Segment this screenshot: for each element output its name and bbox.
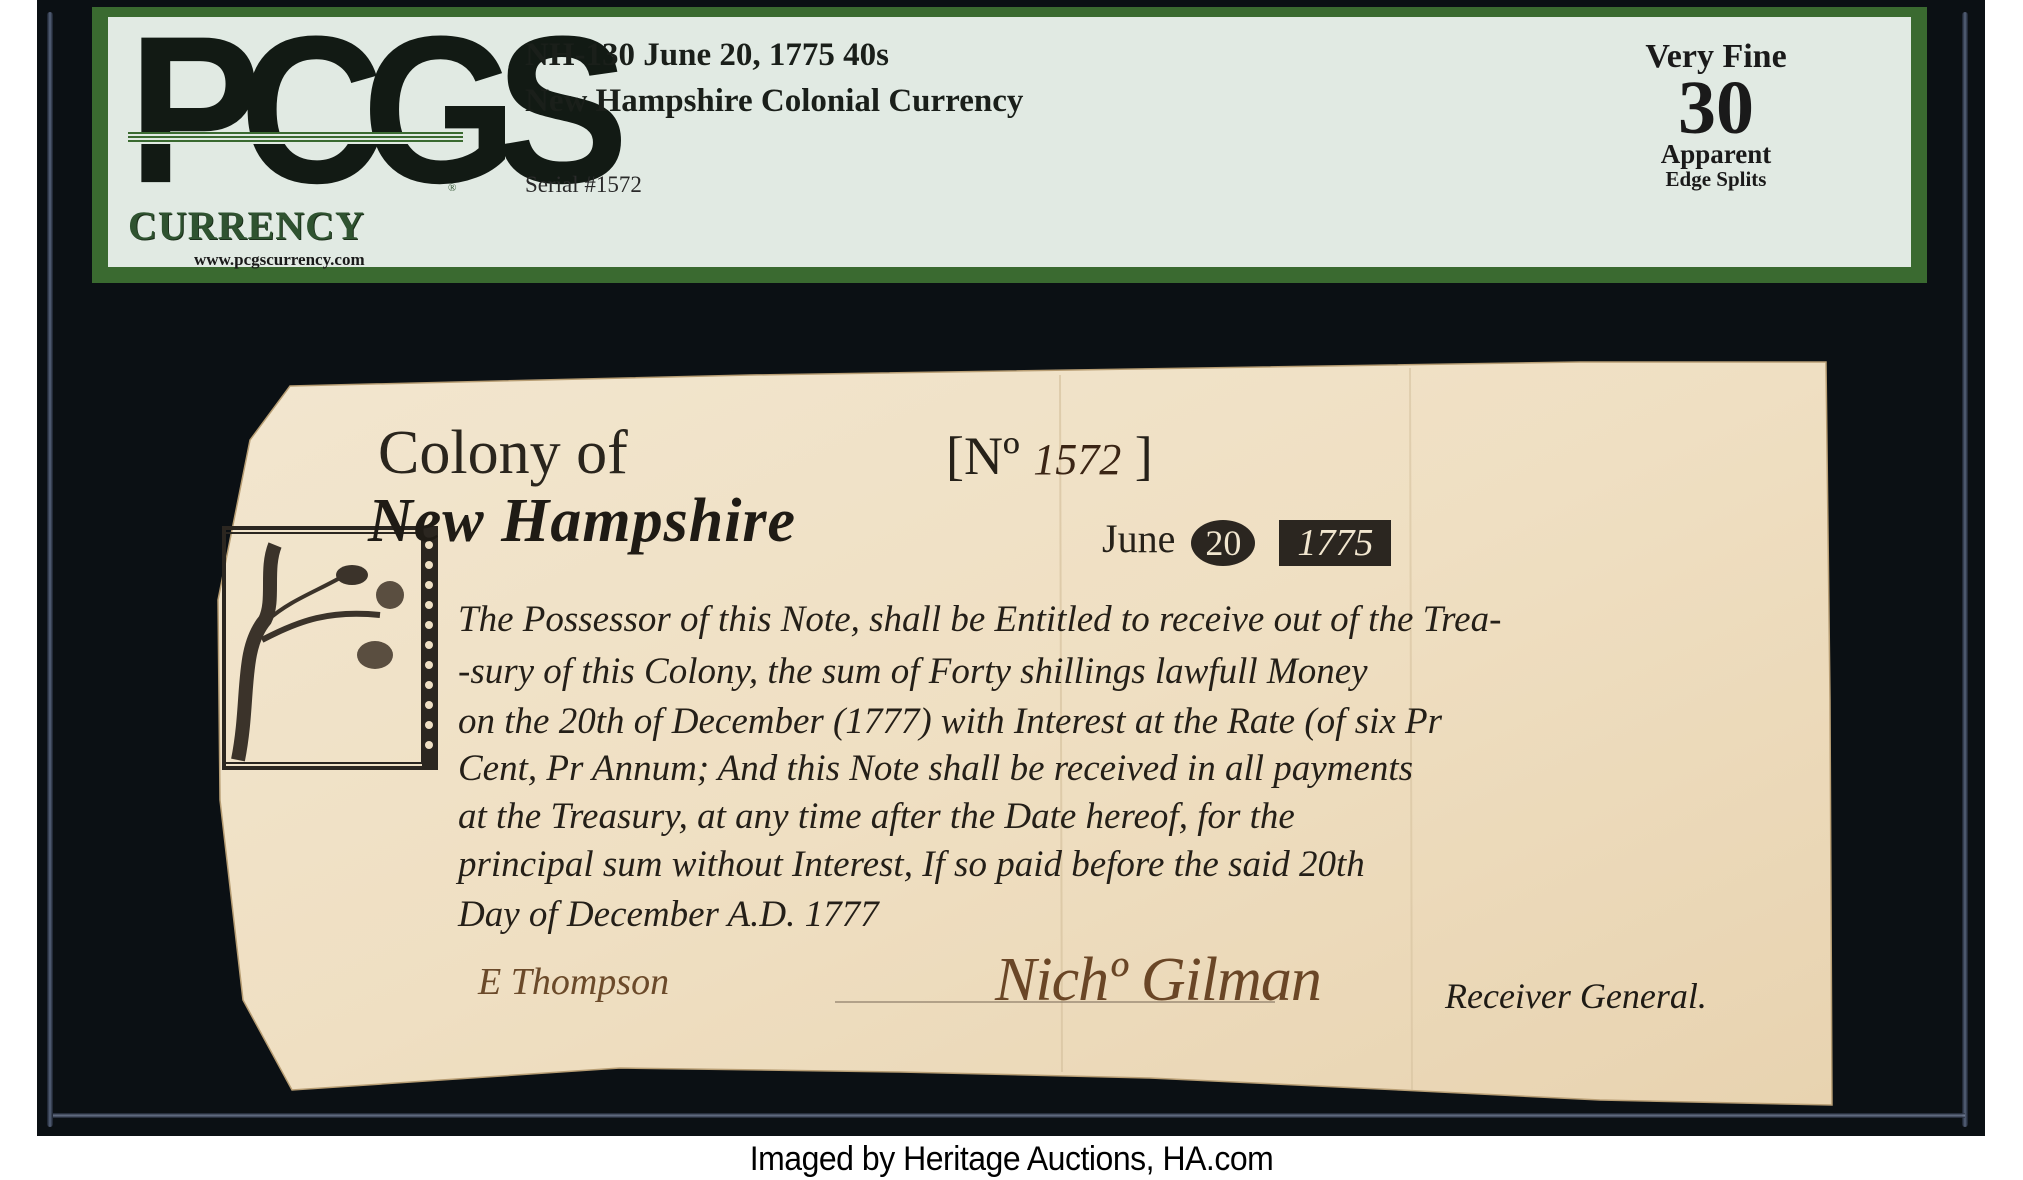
note-date: June 20 1775 <box>1102 515 1391 566</box>
signature-right: Nichº Gilman <box>995 945 1321 1016</box>
note-text-line: -sury of this Colony, the sum of Forty s… <box>458 650 1368 693</box>
note-text-line: on the 20th of December (1777) with Inte… <box>458 700 1442 743</box>
note-heading-province: New Hampshire <box>368 486 796 557</box>
serial-handwritten: 1572 <box>1033 435 1121 484</box>
signature-left: E Thompson <box>478 960 669 1004</box>
image-credit: Imaged by Heritage Auctions, HA.com <box>61 1140 1963 1179</box>
note-text-line: at the Treasury, at any time after the D… <box>458 795 1295 838</box>
note-text-line: Cent, Pr Annum; And this Note shall be r… <box>458 747 1413 790</box>
note-text-line: The Possessor of this Note, shall be Ent… <box>458 598 1501 641</box>
signer-title: Receiver General. <box>1445 975 1707 1017</box>
serial-prefix: [Nº <box>946 426 1020 486</box>
note-text-line: principal sum without Interest, If so pa… <box>458 843 1365 886</box>
note-serial: [Nº 1572 ] <box>946 425 1153 487</box>
note-heading-colony: Colony of <box>378 418 628 489</box>
date-month: June <box>1102 516 1175 561</box>
note-text-line: Day of December A.D. 1777 <box>458 893 879 936</box>
serial-suffix: ] <box>1135 426 1153 486</box>
date-year: 1775 <box>1279 520 1391 566</box>
date-day: 20 <box>1191 520 1255 566</box>
